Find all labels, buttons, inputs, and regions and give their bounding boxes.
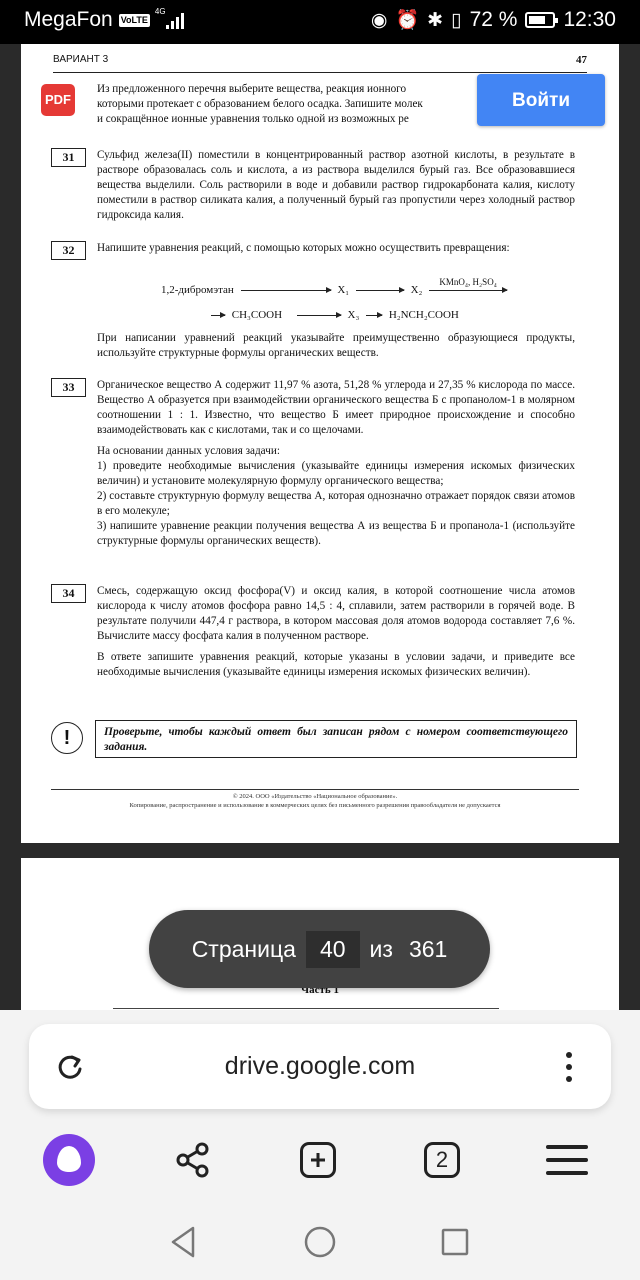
page-label: Страница bbox=[192, 936, 296, 963]
task-33: 33 Органическое вещество А содержит 11,9… bbox=[51, 378, 575, 549]
share-icon bbox=[173, 1140, 213, 1180]
clock: 12:30 bbox=[563, 8, 616, 32]
url-text[interactable]: drive.google.com bbox=[29, 1024, 611, 1109]
footer-divider bbox=[51, 789, 579, 790]
task-31: 31 Сульфид железа(II) поместили в концен… bbox=[51, 148, 575, 223]
battery-icon bbox=[525, 12, 555, 28]
browser-bottom-bar: drive.google.com 2 bbox=[0, 1010, 640, 1208]
tabs-button[interactable]: 2 bbox=[414, 1132, 470, 1188]
variant-label: ВАРИАНТ 3 bbox=[53, 54, 108, 65]
login-button[interactable]: Войти bbox=[477, 74, 605, 126]
home-circle-icon bbox=[303, 1225, 337, 1259]
address-bar[interactable]: drive.google.com bbox=[29, 1024, 611, 1109]
alice-icon bbox=[43, 1134, 95, 1186]
task-number: 31 bbox=[51, 148, 86, 167]
header-divider bbox=[53, 72, 587, 73]
recents-square-icon bbox=[440, 1227, 470, 1257]
home-button[interactable] bbox=[300, 1222, 340, 1262]
back-triangle-icon bbox=[168, 1225, 198, 1259]
page-header: ВАРИАНТ 3 47 bbox=[53, 54, 587, 65]
page-number: 47 bbox=[576, 54, 587, 66]
task-number: 32 bbox=[51, 241, 86, 260]
recents-button[interactable] bbox=[435, 1222, 475, 1262]
plus-icon bbox=[300, 1142, 336, 1178]
task-34: 34 Смесь, содержащую оксид фосфора(V) и … bbox=[51, 584, 575, 680]
eye-icon: ◉ bbox=[371, 9, 388, 32]
new-tab-button[interactable] bbox=[290, 1132, 346, 1188]
task-number: 33 bbox=[51, 378, 86, 397]
task-32: 32 Напишите уравнения реакций, с помощью… bbox=[51, 241, 575, 256]
alice-assistant-button[interactable] bbox=[41, 1132, 97, 1188]
bluetooth-icon: ✱ bbox=[427, 9, 443, 32]
current-page[interactable]: 40 bbox=[306, 931, 360, 968]
task-number: 34 bbox=[51, 584, 86, 603]
page-footer: © 2024. ООО «Издательство «Национальное … bbox=[51, 792, 579, 810]
warning-note: Проверьте, чтобы каждый ответ был записа… bbox=[95, 720, 577, 758]
hamburger-icon bbox=[546, 1145, 588, 1175]
pdf-file-icon: PDF bbox=[41, 84, 75, 116]
total-pages: 361 bbox=[409, 936, 447, 963]
battery-percent: 72 % bbox=[470, 8, 518, 32]
of-label: из bbox=[370, 936, 393, 963]
task-32-note: При написании уравнений реакций указывай… bbox=[51, 331, 575, 361]
share-button[interactable] bbox=[165, 1132, 221, 1188]
alarm-icon: ⏰ bbox=[396, 8, 420, 32]
page-indicator: Страница 40 из 361 bbox=[149, 910, 490, 988]
carrier-name: MegaFon bbox=[24, 8, 113, 32]
more-options-icon[interactable] bbox=[565, 1052, 573, 1082]
exclamation-icon: ! bbox=[51, 722, 83, 754]
vibrate-icon: ▯ bbox=[451, 9, 461, 32]
tabs-count-icon: 2 bbox=[424, 1142, 460, 1178]
menu-button[interactable] bbox=[539, 1132, 595, 1188]
reaction-scheme-row-2: CH₃COOH X₃ H₂NCH₂COOH bbox=[207, 309, 459, 321]
table-border bbox=[113, 1008, 499, 1009]
browser-toolbar: 2 bbox=[0, 1132, 640, 1188]
pdf-page-47: ВАРИАНТ 3 47 Из предложенного перечня вы… bbox=[21, 44, 619, 843]
volte-icon: VoLTE bbox=[119, 14, 150, 27]
reaction-scheme-row-1: 1,2-дибромэтан X₁ X₂ KMnO₄, H₂SO₄ bbox=[161, 284, 511, 296]
signal-icon: 4G bbox=[156, 11, 184, 29]
back-button[interactable] bbox=[163, 1222, 203, 1262]
system-navigation-bar bbox=[0, 1208, 640, 1280]
status-bar: MegaFon VoLTE 4G ◉ ⏰ ✱ ▯ 72 % 12:30 bbox=[0, 0, 640, 44]
